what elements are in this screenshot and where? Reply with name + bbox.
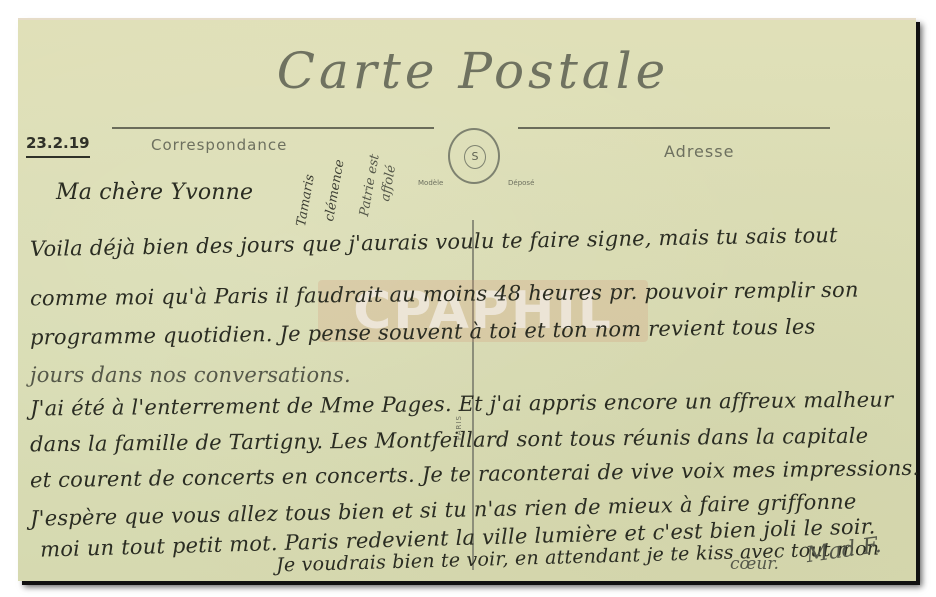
emblem-caption-left: Modèle bbox=[418, 179, 443, 187]
letter-line: Voila déjà bien des jours que j'aurais v… bbox=[30, 223, 838, 261]
margin-note: Tamaris bbox=[294, 173, 318, 227]
postcard-title: Carte Postale bbox=[253, 42, 693, 100]
letter-line: jours dans nos conversations. bbox=[30, 363, 351, 387]
header-rule-left bbox=[112, 127, 434, 129]
letter-line: J'ai été à l'enterrement de Mme Pages. E… bbox=[30, 387, 894, 420]
margin-note: affolé bbox=[378, 164, 399, 203]
letter-date: 23.2.19 bbox=[26, 134, 90, 158]
publisher-emblem-icon: S bbox=[448, 128, 500, 184]
correspondence-label: Correspondance bbox=[151, 136, 287, 154]
letter-line: et courent de concerts en concerts. Je t… bbox=[30, 456, 920, 492]
header-rule-right bbox=[518, 127, 830, 129]
postcard-back: Carte Postale 23.2.19 Correspondance Adr… bbox=[18, 18, 916, 581]
emblem-caption-right: Déposé bbox=[508, 179, 534, 187]
margin-note: Patrie est bbox=[357, 153, 383, 218]
letter-line: comme moi qu'à Paris il faudrait au moin… bbox=[30, 278, 859, 311]
salutation: Ma chère Yvonne bbox=[56, 180, 253, 205]
emblem-symbol: S bbox=[464, 145, 486, 169]
letter-line: dans la famille de Tartigny. Les Montfei… bbox=[30, 424, 869, 457]
closing-word: cœur. bbox=[730, 554, 779, 574]
address-label: Adresse bbox=[664, 142, 734, 161]
margin-note: clémence bbox=[322, 158, 348, 222]
letter-line: programme quotidien. Je pense souvent à … bbox=[30, 315, 816, 350]
